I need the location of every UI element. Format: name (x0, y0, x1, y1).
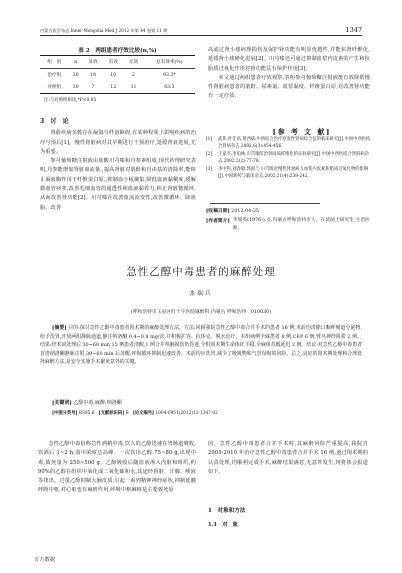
abstract-text: 目的:探讨急性乙醇中毒患者围术期的麻醉处理方法。方法:回顾我院急性乙醇中毒合并手… (40, 325, 362, 365)
col-header: 显效 (83, 56, 103, 69)
ref-text: 王家平,李伯林.川芎嗪防治肾间质纤维化的实验研究[J].中国中西医结合肾脏病杂志… (218, 151, 371, 166)
paragraph: 肾脏疾病多数存在凝血与纤溶障碍,在某种程度上影响疾病的治疗与预后[1]。慢性肾脏… (40, 129, 196, 157)
col-header: 组 别 (40, 56, 69, 69)
divider (210, 203, 320, 204)
article-author: 张瑞兵 (0, 288, 402, 297)
reference-item: [1] 武伟,叶任高,黄西斌.中西结合治疗原发性肾病综合征的临床研究[J].中国… (206, 136, 371, 151)
col-header: 总有效率(%) (144, 56, 195, 69)
author-bio-label: [作者简介] (206, 217, 230, 234)
table-row: 对照组 30 7 12 11 63.3 (40, 81, 195, 94)
efficacy-table: 组 别 n 显效 有效 无效 总有效率(%) 治疗组 30 18 10 2 93… (40, 55, 195, 94)
table-title: 表 2 两组患者疗效比较(n,%) (40, 46, 195, 54)
clc-label: [中图分类号] (52, 411, 78, 416)
paragraph: 本文通过两组患者疗效观察,表明参芎葡萄糖注射液能有效降低慢性肾脏病患者的肌酐、尿… (208, 74, 370, 102)
col-header: 有效 (103, 56, 123, 69)
discussion-section: 3 讨 论 肾脏疾病多数存在凝血与纤溶障碍,在某种程度上影响疾病的治疗与预后[1… (40, 117, 196, 213)
discussion-continued: 高滤过肾小球病理损伤及保护肾功能有明显优越性,并能抗肾纤维化,延缓肾小球硬化进展… (208, 46, 370, 102)
keywords: [关键词] 乙醇中毒;麻醉;纳洛酮 (52, 399, 122, 406)
references-title: [参 考 文 献] (232, 126, 372, 136)
ref-number: [2] (206, 151, 218, 166)
intro-right: 因。急性乙醇中毒患者合并手术时,其麻醉风险严重提高,我院自 2005-2010 … (208, 440, 368, 477)
paragraph: 急性乙醇中毒俗称急性酒精中毒,饮入的乙醇迅速在胃肠道吸收,饮酒后 1~2 h,血… (38, 440, 196, 496)
cell: 12 (103, 81, 123, 94)
cell: 治疗组 (40, 69, 69, 82)
article-no-label: [论文编号] (133, 411, 154, 416)
col-header: 无效 (123, 56, 143, 69)
article-no-value: 1004-0951(2012)11-1347-02 (155, 411, 217, 416)
abstract: [摘要] 目的:探讨急性乙醇中毒患者围术期的麻醉处理方法。方法:回顾我院急性乙醇… (40, 324, 362, 367)
cell: 2 (123, 69, 143, 82)
affiliation: (呼和浩特市玉泉区红十字医院麻醉科,内蒙古 呼和浩特 010030) (0, 308, 402, 315)
page-number: 1347 (345, 26, 362, 34)
cell: 30 (69, 81, 83, 94)
abstract-label: [摘要] (52, 325, 67, 331)
doc-code-label: [文献标识码] (99, 411, 125, 416)
article-title: 急性乙醇中毒患者的麻醉处理 (0, 264, 402, 279)
references-list: [1] 武伟,叶任高,黄西斌.中西结合治疗原发性肾病综合征的临床研究[J].中国… (206, 136, 371, 180)
section-heading: 3 讨 论 (40, 117, 196, 126)
paragraph: 高滤过肾小球病理损伤及保护肾功能有明显优越性,并能抗肾纤维化,延缓肾小球硬化进展… (208, 46, 370, 74)
section-heading: 1 对象和方法 (208, 506, 245, 514)
watermark: 万方数据 (34, 555, 55, 563)
running-header: 内蒙古医学杂志 Inner Mongolia Med J 2012 年第 44 … (40, 26, 362, 36)
cell: 18 (83, 69, 103, 82)
ref-number: [3] (206, 166, 218, 181)
journal-citation: 内蒙古医学杂志 Inner Mongolia Med J 2012 年第 44 … (40, 28, 167, 34)
ref-text: 武伟,叶任高,黄西斌.中西结合治疗原发性肾病综合征的临床研究[J].中国中西医结… (218, 136, 371, 151)
classification-line: [中图分类号] R595.6 [文献标识码] B [论文编号] 1004-095… (52, 410, 218, 416)
cell: 30 (69, 69, 83, 82)
paragraph: 因。急性乙醇中毒患者合并手术时,其麻醉风险严重提高,我院自 2005-2010 … (208, 440, 368, 477)
cell: 63.3 (144, 81, 195, 94)
keywords-label: [关键词] (52, 400, 72, 406)
ref-text: 李中和,刘春敏,郭国兰.川芎嗪对慢性肾衰病人血浆内皮素和脂质过氧化物的影响[J]… (218, 166, 371, 181)
subsection-heading: 1.1 对 象 (208, 521, 238, 528)
article-meta: [收稿日期] 2012-04-25 [作者简介]李瑞英(1976-),女,内蒙古… (206, 207, 371, 234)
cell: 10 (103, 69, 123, 82)
keywords-text: 乙醇中毒;麻醉;纳洛酮 (73, 400, 121, 406)
cell: 对照组 (40, 81, 69, 94)
received-label: [收稿日期] (206, 208, 230, 214)
author-bio: 李瑞英(1976-),女,内蒙古呼和浩特市人。在读硕士研究生,主治医师。 (233, 217, 371, 234)
cell: 7 (83, 81, 103, 94)
ref-number: [1] (206, 136, 218, 151)
reference-item: [3] 李中和,刘春敏,郭国兰.川芎嗪对慢性肾衰病人血浆内皮素和脂质过氧化物的影… (206, 166, 371, 181)
cell: 93.3* (144, 69, 195, 82)
clc-value: R595.6 (79, 411, 95, 416)
intro-left: 急性乙醇中毒俗称急性酒精中毒,饮入的乙醇迅速在胃肠道吸收,饮酒后 1~2 h,血… (38, 440, 196, 496)
paragraph: 参芎葡萄糖注射液由盐酸川芎嗪和丹参素组成,现代药理研究表明,丹参能增加肾脏血流量… (40, 157, 196, 213)
doc-code-value: B (126, 411, 129, 416)
table-note: 注:与对照组相比,*P<0.05 (44, 97, 96, 103)
col-header: n (69, 56, 83, 69)
cell: 11 (123, 81, 143, 94)
table-row: 治疗组 30 18 10 2 93.3* (40, 69, 195, 82)
reference-item: [2] 王家平,李伯林.川芎嗪防治肾间质纤维化的实验研究[J].中国中西医结合肾… (206, 151, 371, 166)
received-date: 2012-04-25 (231, 209, 259, 214)
